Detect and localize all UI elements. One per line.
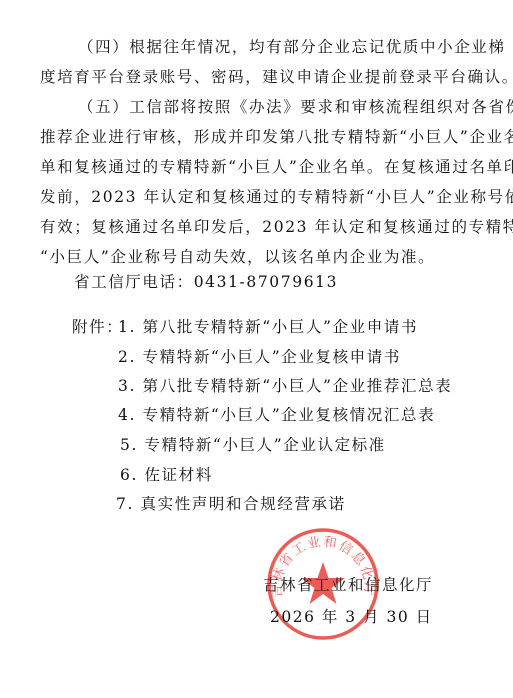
- signature-organization: 吉林省工业和信息化厅: [263, 573, 433, 595]
- paragraph-5-line-3: 单和复核通过的专精特新“小巨人”企业名单。在复核通过名单印: [40, 157, 513, 177]
- attachment-item-2: 2. 专精特新“小巨人”企业复核申请书: [118, 347, 401, 367]
- phone-line: 省工信厅电话：0431-87079613: [74, 272, 338, 292]
- attachment-item-3: 3. 第八批专精特新“小巨人”企业推荐汇总表: [118, 376, 452, 396]
- paragraph-5-line-2: 推荐企业进行审核，形成并印发第八批专精特新“小巨人”企业名: [40, 127, 513, 147]
- attachment-item-6: 6. 佐证材料: [120, 465, 213, 485]
- attachment-item-5: 5. 专精特新“小巨人”企业认定标准: [120, 435, 386, 455]
- paragraph-4-line-1: （四）根据往年情况，均有部分企业忘记优质中小企业梯: [78, 37, 506, 57]
- attachments-label: 附件：: [72, 317, 123, 337]
- attachment-item-7: 7. 真实性声明和合规经营承诺: [116, 494, 346, 514]
- attachment-item-1: 1. 第八批专精特新“小巨人”企业申请书: [118, 317, 418, 337]
- paragraph-4-line-2: 度培育平台登录账号、密码，建议申请企业提前登录平台确认。: [40, 67, 513, 87]
- attachment-item-4: 4. 专精特新“小巨人”企业复核情况汇总表: [118, 405, 435, 425]
- paragraph-5-line-1: （五）工信部将按照《办法》要求和审核流程组织对各省份: [78, 97, 513, 117]
- signature-date: 2026 年 3 月 30 日: [270, 605, 433, 627]
- paragraph-5-line-4: 发前，2023 年认定和复核通过的专精特新“小巨人”企业称号依然: [40, 187, 513, 207]
- paragraph-5-line-6: “小巨人”企业称号自动失效，以该名单内企业为准。: [40, 247, 435, 267]
- paragraph-5-line-5: 有效；复核通过名单印发后，2023 年认定和复核通过的专精特新: [40, 217, 513, 237]
